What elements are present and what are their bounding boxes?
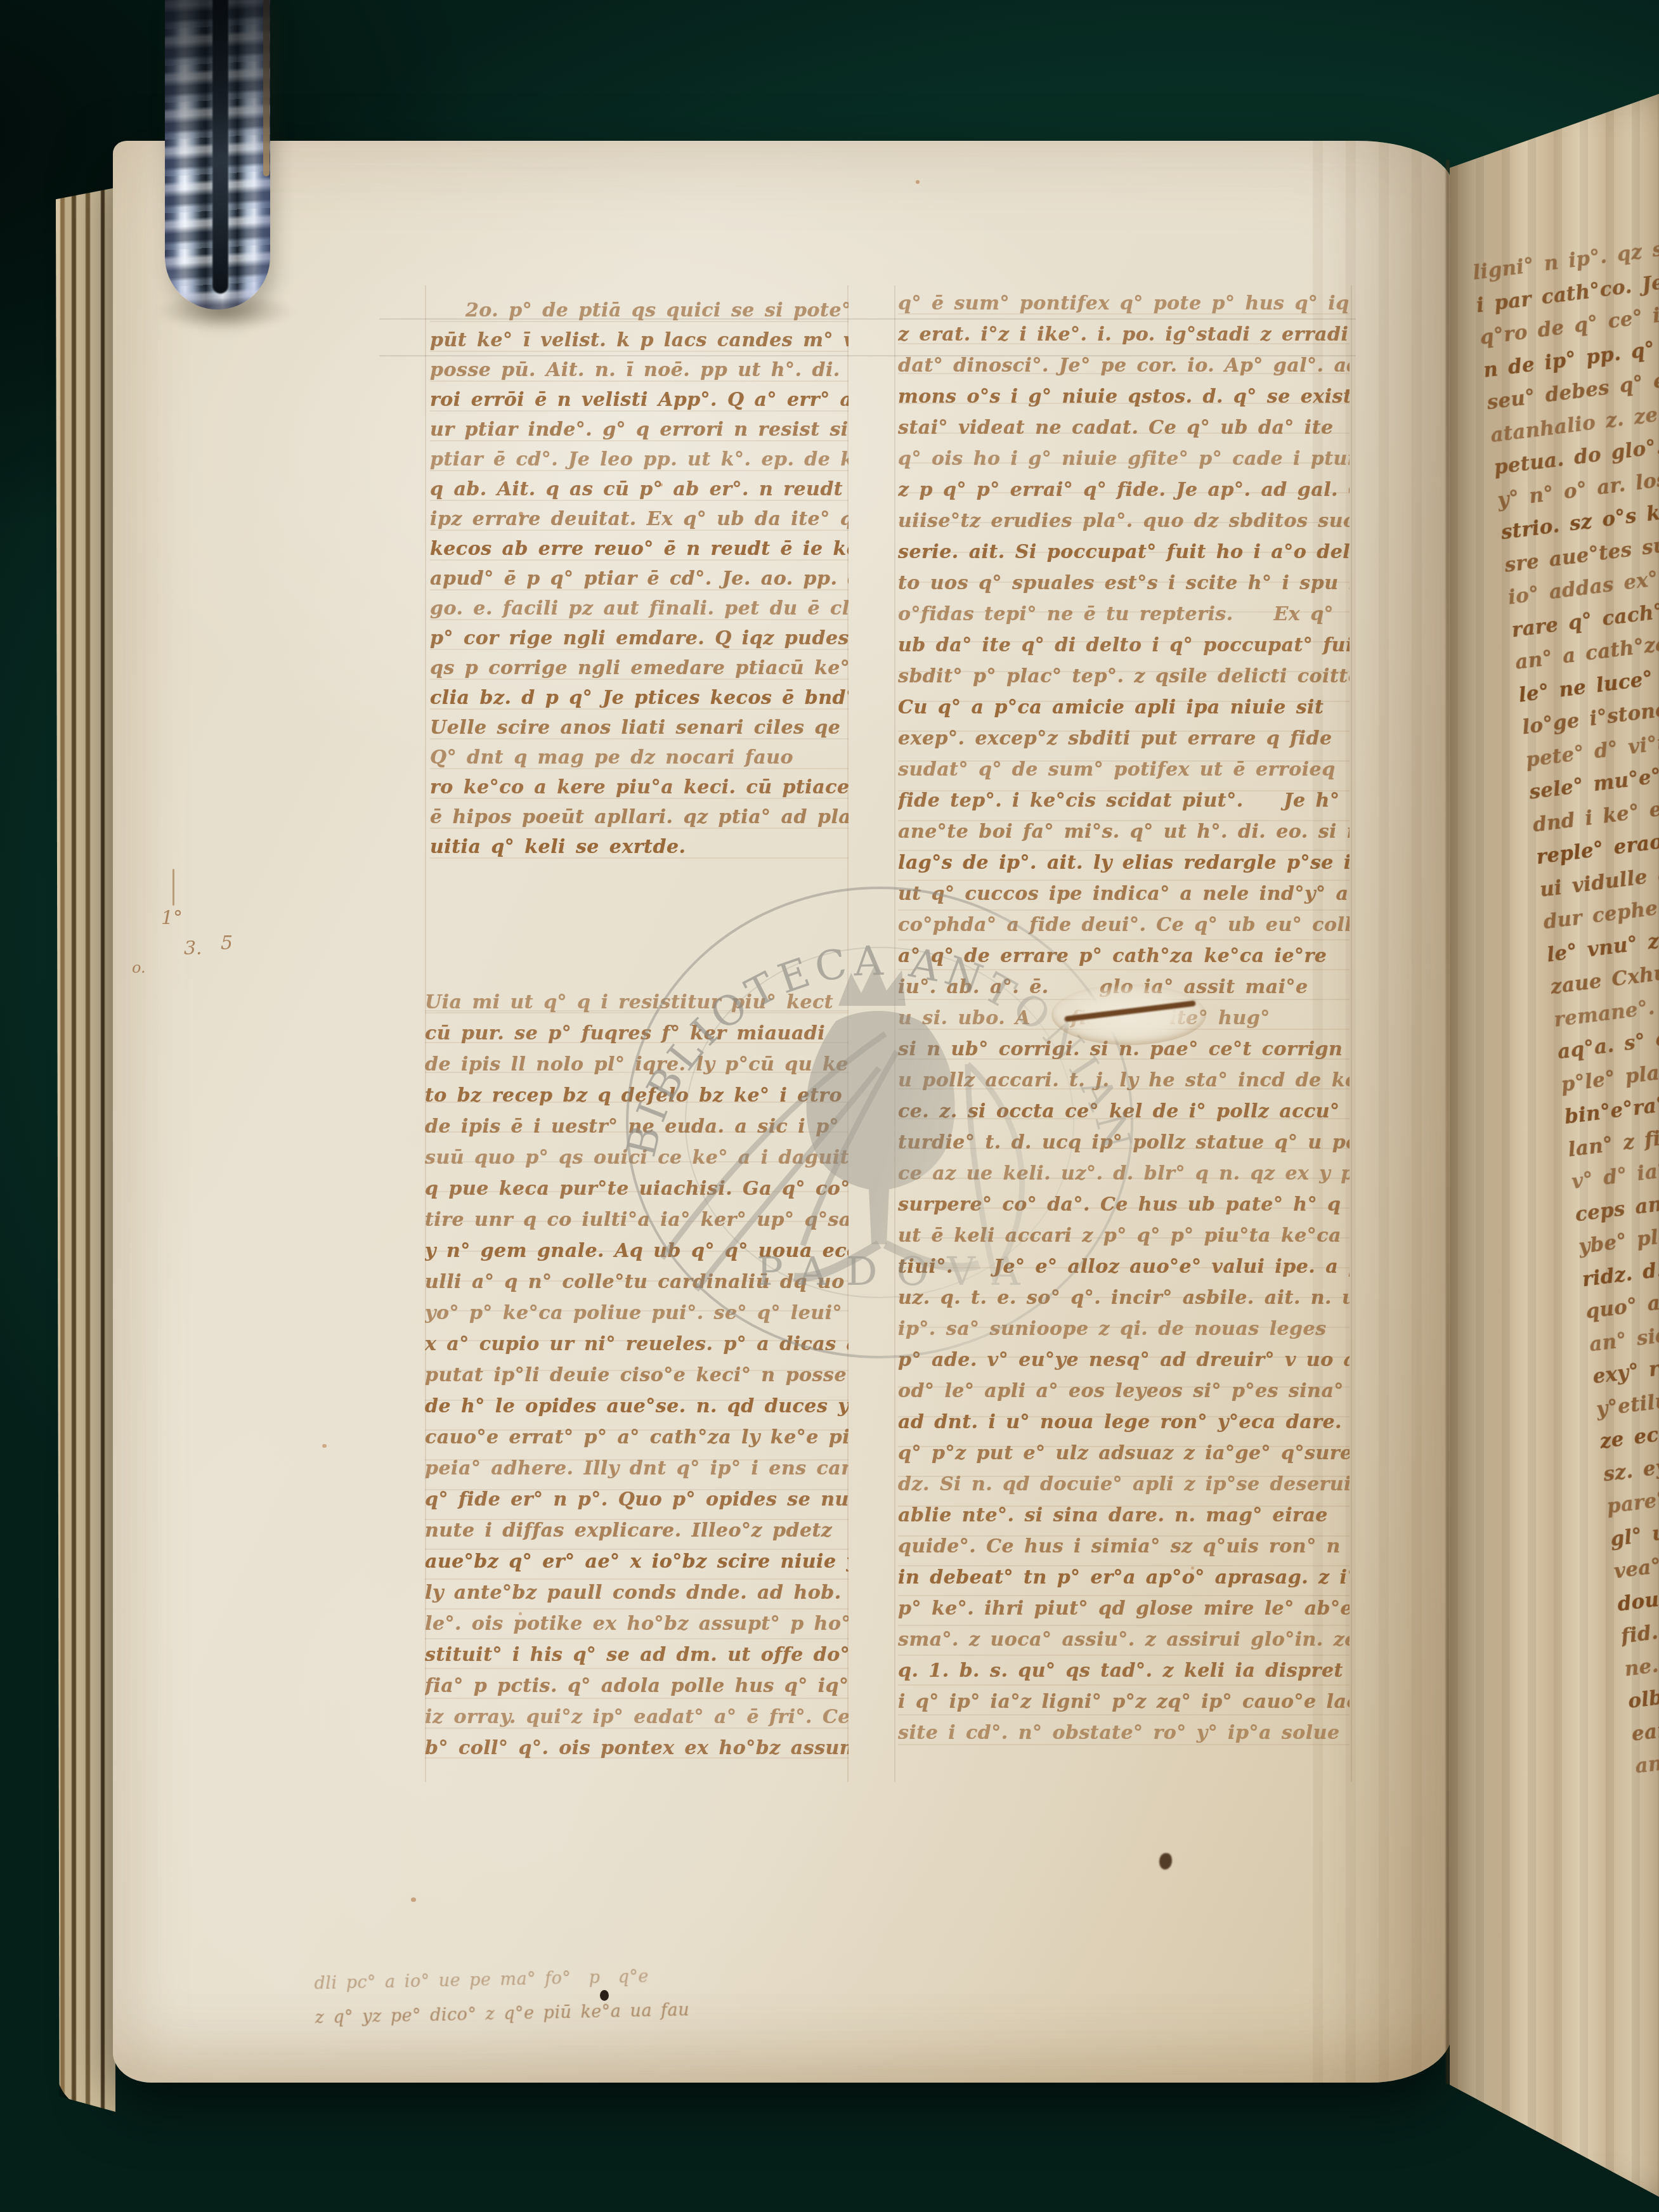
- manuscript-line: qs p corrige ngli emedare ptiacū ke°ce: [430, 653, 849, 683]
- manuscript-line: mons o°s i g° niuie qstos. d. q° se exis…: [898, 381, 1350, 412]
- manuscript-line: roi errōi ē n velisti App°. Q a° err° ap…: [430, 385, 849, 415]
- rust-freckle: [322, 1444, 327, 1448]
- manuscript-photograph: 2o. p° de ptiā qs quici se si pote° hisp…: [0, 0, 1659, 2212]
- rust-freckle: [916, 180, 920, 184]
- rust-freckle: [687, 781, 691, 785]
- manuscript-line: ur ptiar inde°. g° q errori n resist si …: [430, 415, 849, 445]
- manuscript-line: uiise°tz erudies pla°. quo dz sbditos su…: [898, 505, 1350, 537]
- manuscript-line: ly ante°bz paull conds dnde. ad hob. y. …: [425, 1577, 849, 1608]
- manuscript-line: 2o. p° de ptiā qs quici se si pote° his: [430, 296, 849, 325]
- manuscript-left-page: 2o. p° de ptiā qs quici se si pote° hisp…: [113, 141, 1452, 2083]
- manuscript-line: q. 1. b. s. qu° qs tad°. z keli ia dispr…: [898, 1655, 1350, 1686]
- manuscript-line: site i cd°. n° obstate° ro° y° ip°a solu…: [898, 1717, 1350, 1748]
- manuscript-line: ipz errare deuitat. Ex q° ub da ite° q a…: [430, 504, 849, 534]
- manuscript-line: go. e. facili pz aut finali. pet du ē cl…: [430, 594, 849, 623]
- fore-edge-page-stack: [56, 188, 115, 2112]
- manuscript-line: q° p°z put e° ulz adsuaz z ia°ge° q°sure: [898, 1438, 1350, 1469]
- ruling-vertical-line: [1351, 285, 1352, 1782]
- binding-gutter-seam: [1446, 160, 1450, 2084]
- rust-freckle: [519, 512, 523, 516]
- manuscript-line: p° ke°. ihri piut° qd glose mire le° ab°…: [898, 1593, 1350, 1624]
- manuscript-line: Q° dnt q mag pe dz nocari fauo: [430, 743, 849, 772]
- manuscript-line: fide tep°. i ke°cis scidat piut°. Je h° …: [898, 785, 1350, 816]
- manuscript-facing-page-edge: ligni° n ip°. qz si ip° kei par cath°co.…: [1450, 88, 1659, 2203]
- manuscript-line: stituit° i his q° se ad dm. ut offe do° …: [425, 1639, 849, 1670]
- manuscript-line: peia° adhere. Illy dnt q° ip° i ens cano…: [425, 1453, 849, 1484]
- rust-freckle: [519, 1612, 522, 1615]
- manuscript-line: clia bz. d p q° Je ptices kecos ē bnd°: [430, 683, 849, 713]
- metal-binder-clip-shadowed-top: [165, 0, 270, 164]
- facing-page-text-column: ligni° n ip°. qz si ip° kei par cath°co.…: [1471, 213, 1659, 1784]
- library-oval-stamp: BIBLIOTECA ANTONIANA PADOVA: [613, 874, 1147, 1375]
- margin-note-mark: 5: [221, 932, 233, 954]
- manuscript-line: in debeat° tn p° er°a ap°o° aprasag. z i…: [898, 1562, 1350, 1593]
- manuscript-line: q ab. Ait. q as cū p° ab er°. n reudt le: [430, 474, 849, 504]
- manuscript-line: dat° dinosci°. Je° pe cor. io. Ap° gal°.…: [898, 350, 1350, 381]
- left-column-upper-text-block: 2o. p° de ptiā qs quici se si pote° hisp…: [430, 296, 849, 862]
- manuscript-line: fia° p pctis. q° adola polle hus q° iq°l…: [425, 1670, 849, 1701]
- manuscript-line: uitia q° keli se exrtde.: [430, 832, 849, 862]
- margin-arrow-mark: [172, 869, 174, 906]
- margin-note-mark: 1°: [161, 907, 183, 929]
- dark-speck: [600, 1990, 609, 2001]
- manuscript-line: sma°. z uoca° assiu°. z assirui glo°in. …: [898, 1624, 1350, 1655]
- manuscript-line: i q° ip° ia°z ligni° p°z zq° ip° cauo°e …: [898, 1686, 1350, 1717]
- manuscript-line: z p q° p° errai° q° fide. Je ap°. ad gal…: [898, 474, 1350, 505]
- manuscript-line: q° ē sum° pontifex q° pote p° hus q° iq°…: [898, 288, 1350, 319]
- manuscript-line: Uelle scire anos liati senari ciles qe k…: [430, 713, 849, 743]
- manuscript-line: ane°te boi fa° mi°s. q° ut h°. di. eo. s…: [898, 816, 1350, 847]
- manuscript-line: ablie nte°. si sina dare. n. mag° eirae: [898, 1500, 1350, 1531]
- manuscript-line: serie. ait. Si poccupat° fuit ho i a°o d…: [898, 537, 1350, 568]
- manuscript-line: o°fidas tepi° ne ē tu repteris. Ex q°: [898, 599, 1350, 630]
- manuscript-line: apud° ē p q° ptiar ē cd°. Je. ao. pp. di…: [430, 564, 849, 594]
- manuscript-line: aue°bz q° er° ae° x io°bz scire niuie y°…: [425, 1546, 849, 1577]
- manuscript-line: ē hipos poeūt apllari. qz ptia° ad pla: [430, 802, 849, 832]
- margin-lower-mark: o.: [132, 959, 146, 977]
- rust-freckle: [660, 483, 663, 486]
- rust-freckle: [411, 1897, 416, 1902]
- manuscript-line: le°. ois potike ex ho°bz assupt° p ho°bz…: [425, 1608, 849, 1639]
- manuscript-line: b° coll° q°. ois pontex ex ho°bz assumpt…: [425, 1733, 849, 1764]
- margin-note-mark: 3.: [184, 937, 202, 960]
- manuscript-line: ad dnt. i u° noua lege ron° y°eca dare. …: [898, 1407, 1350, 1438]
- manuscript-line: stai° videat ne cadat. Ce q° ub da° ite: [898, 412, 1350, 443]
- manuscript-line: de h° le opides aue°se. n. qd duces y° i…: [425, 1391, 849, 1422]
- manuscript-line: quide°. Ce hus i simia° sz q°uis ron° n …: [898, 1531, 1350, 1562]
- manuscript-line: sbdit° p° plac° tep°. z qsile delicti co…: [898, 661, 1350, 692]
- manuscript-line: dz. Si n. qd docuie° apli z ip°se deseru…: [898, 1469, 1350, 1500]
- manuscript-line: kecos ab erre reuo° ē n reudt ē ie kecos: [430, 534, 849, 564]
- manuscript-line: nute i diffas explicare. Illeo°z pdetz: [425, 1515, 849, 1546]
- ink-blot: [1159, 1853, 1172, 1870]
- stamp-emblem-plant: [807, 964, 955, 1244]
- manuscript-line: cauo°e errat° p° a° cath°za ly ke°e piu°…: [425, 1422, 849, 1453]
- manuscript-line: sudat° q° de sum° potifex ut ē erroieq: [898, 754, 1350, 785]
- manuscript-line: posse pū. Ait. n. ī noē. pp ut h°. di. q…: [430, 355, 849, 385]
- manuscript-line: q° ois ho i g° niuie gfite° p° cade i pt…: [898, 443, 1350, 474]
- manuscript-line: Cu q° a p°ca amicie apli ipa niuie sit: [898, 692, 1350, 723]
- manuscript-line: ptiar ē cd°. Je leo pp. ut k°. ep. de ke…: [430, 445, 849, 474]
- manuscript-line: p° cor rige ngli emdare. Q iqz pudes ke°: [430, 623, 849, 653]
- manuscript-line: z erat. i°z i ike°. i. po. ig°stadi z er…: [898, 319, 1350, 350]
- manuscript-line: to uos q° spuales est°s i scite h° i spu…: [898, 568, 1350, 599]
- manuscript-line: q° fide er° n p°. Quo p° opides se nui: [425, 1484, 849, 1515]
- manuscript-line: ro ke°co a kere piu°a keci. cū ptiaces: [430, 772, 849, 802]
- manuscript-line: iz orray. qui°z ip° eadat° a° ē fri°. Ce…: [425, 1701, 849, 1733]
- manuscript-line: exep°. excep°z sbditi put errare q fide: [898, 723, 1350, 754]
- faint-bottom-inscription: dli pc° a io° ue pe ma° fo° p q°ez q° yz…: [314, 1958, 759, 2036]
- manuscript-line: ub da° ite q° di delto i q° poccupat° fu…: [898, 630, 1350, 661]
- manuscript-line: od° le° apli a° eos leyeos si° p°es sina…: [898, 1376, 1350, 1407]
- rust-freckle: [1191, 1566, 1194, 1570]
- manuscript-line: pūt ke° ī velist. k p lacs candes m° vī: [430, 325, 849, 355]
- clip-cast-shadow: [155, 293, 294, 330]
